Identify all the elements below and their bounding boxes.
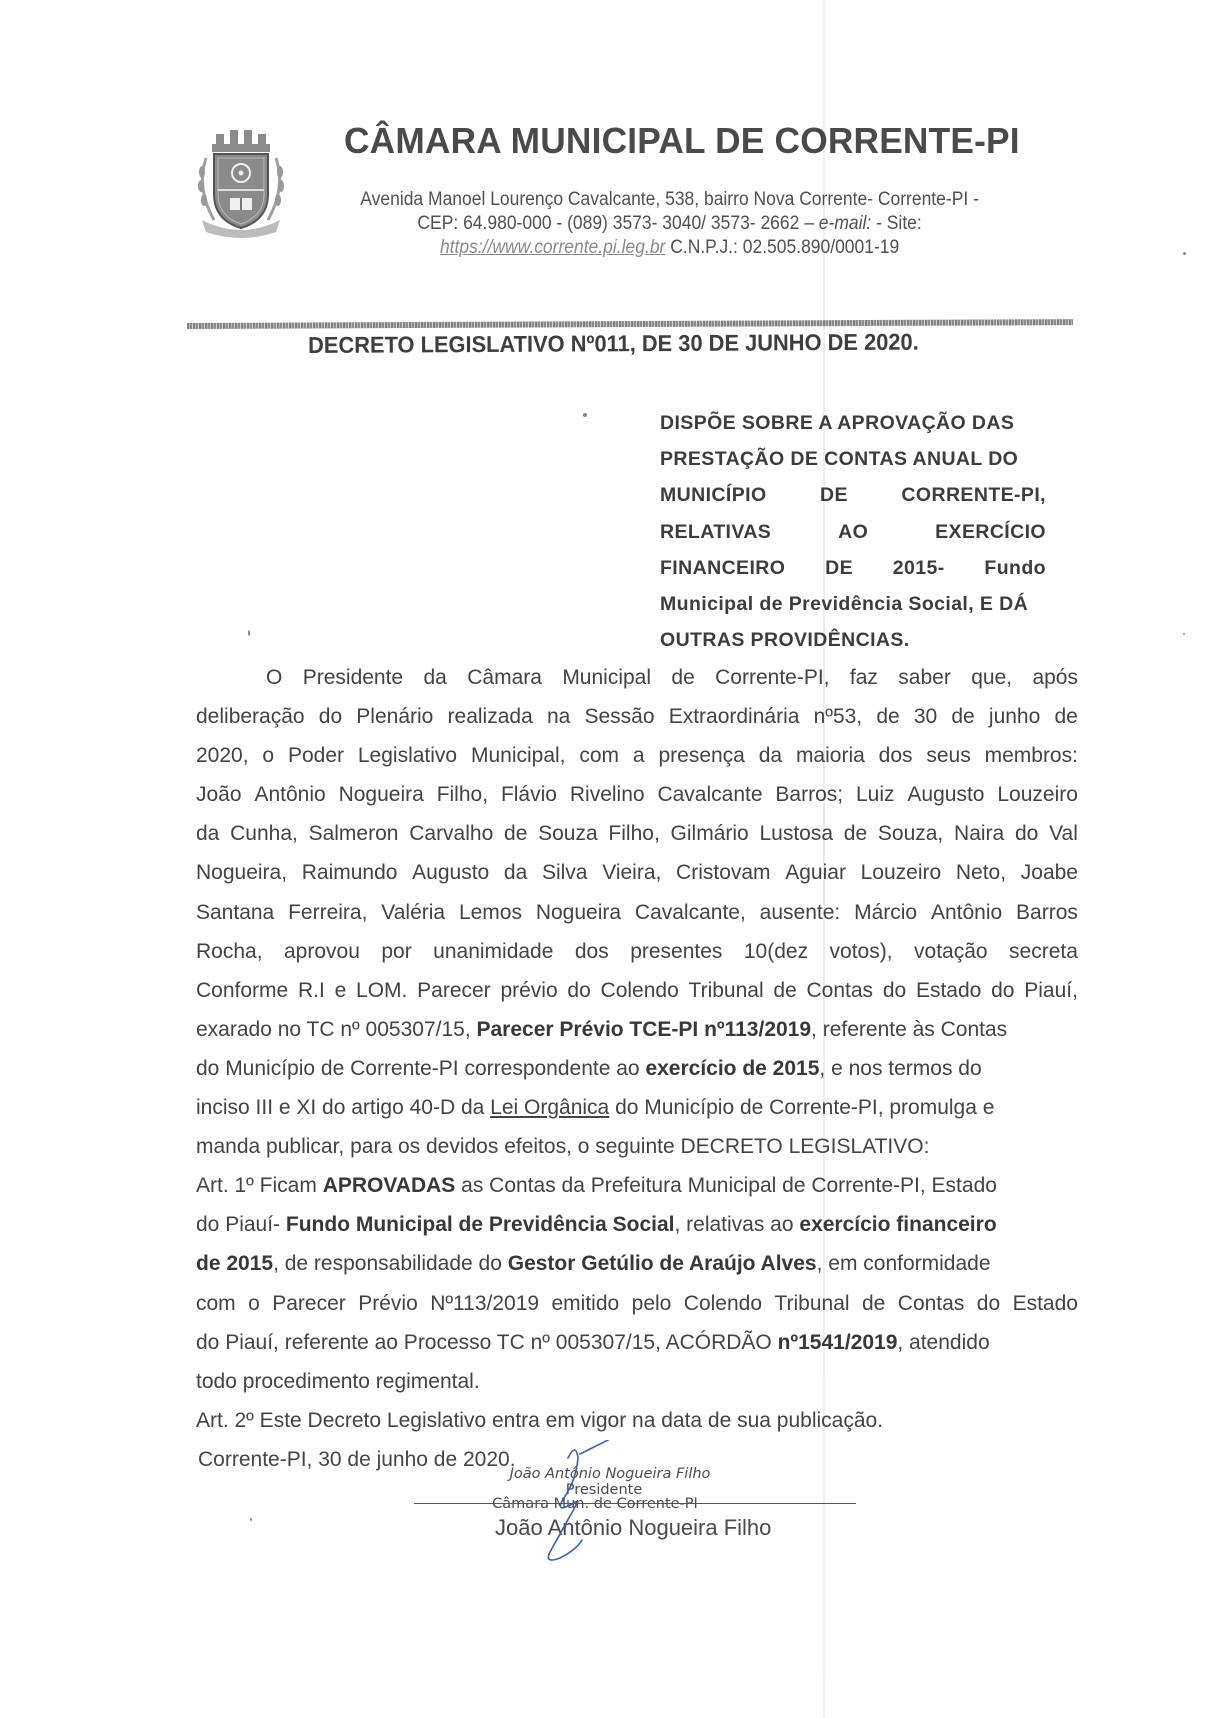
word: secreta <box>1009 932 1078 971</box>
word: Estado <box>1013 1284 1078 1323</box>
word: Nº113/2019 <box>430 1284 539 1323</box>
word: Poder <box>288 736 344 775</box>
ementa-text: OUTRAS PROVIDÊNCIAS. <box>660 622 910 658</box>
word: votos), <box>830 932 893 971</box>
word: realizada <box>448 697 533 736</box>
address-line: Avenida Manoel Lourenço Cavalcante, 538,… <box>320 188 1019 212</box>
word: votação <box>914 932 988 971</box>
word: unanimidade <box>433 932 553 971</box>
word: emitido <box>552 1284 620 1323</box>
word: Gilmário <box>671 814 749 853</box>
word: Carvalho <box>409 814 493 853</box>
word: Filho, <box>608 814 659 853</box>
word: Barros <box>1016 893 1078 932</box>
word: Cunha, <box>230 814 298 853</box>
ementa-text: DE <box>820 477 848 513</box>
body-text: do Município de Corrente-PI corresponden… <box>196 1049 645 1088</box>
body-line: deliberaçãodoPlenáriorealizadanaSessãoEx… <box>196 697 1078 736</box>
word: Souza, <box>878 814 943 853</box>
header-divider <box>187 319 1073 329</box>
ementa-text: DISPÕE SOBRE A APROVAÇÃO DAS <box>660 405 1014 441</box>
word: Cristovam <box>676 853 771 892</box>
word: Tribunal <box>689 971 764 1010</box>
word: Contas <box>898 1284 965 1323</box>
word: de <box>951 697 974 736</box>
body-line: daCunha,SalmeronCarvalhodeSouzaFilho,Gil… <box>196 814 1078 853</box>
word: Augusto <box>412 853 489 892</box>
body-text: do Piauí, referente ao Processo TC nº 00… <box>196 1323 778 1362</box>
word: Municipal <box>562 658 651 697</box>
scan-speck <box>1183 633 1185 635</box>
lei-organica-reference: Lei Orgânica <box>490 1088 609 1127</box>
word: Souza <box>538 814 598 853</box>
word: Câmara <box>467 658 542 697</box>
ementa-line: DISPÕE SOBRE A APROVAÇÃO DAS <box>660 405 1046 441</box>
word: de <box>862 1284 885 1323</box>
email-label: e-mail: <box>819 213 871 234</box>
body-line: exarado no TC nº 005307/15, Parecer Prév… <box>196 1010 1078 1049</box>
word: Luiz <box>856 775 895 814</box>
body-line: Nogueira,RaimundoAugustodaSilvaVieira,Cr… <box>196 853 1078 892</box>
word: Lemos <box>459 893 522 932</box>
body-line: do Município de Corrente-PI corresponden… <box>196 1049 1078 1088</box>
word: da <box>759 736 782 775</box>
word: Augusto <box>907 775 984 814</box>
word: Parecer <box>417 971 491 1010</box>
word: Nogueira <box>536 893 621 932</box>
word: do <box>883 971 906 1010</box>
word: do <box>1015 814 1038 853</box>
word: Vieira, <box>602 853 661 892</box>
article-1-line: de 2015, de responsabilidade do Gestor G… <box>196 1244 1078 1283</box>
word: de <box>773 971 796 1010</box>
ementa-text: Municipal de Previdência Social, E DÁ <box>660 586 1028 622</box>
word: Raimundo <box>302 853 398 892</box>
word: Plenário <box>356 697 433 736</box>
word: dos <box>879 736 913 775</box>
ementa-line: OUTRAS PROVIDÊNCIAS. <box>660 622 1046 658</box>
word: Ferreira, <box>288 893 367 932</box>
word: Tribunal <box>774 1284 849 1323</box>
ementa-text: AO <box>838 514 868 550</box>
word: Flávio <box>501 775 557 814</box>
word: Piauí, <box>1024 971 1078 1010</box>
word: Joabe <box>1021 853 1078 892</box>
word: da <box>424 658 447 697</box>
site-label: - Site: <box>871 213 922 234</box>
body-line: inciso III e XI do artigo 40-D da Lei Or… <box>196 1088 1078 1127</box>
body-text: do Piauí- <box>196 1205 286 1244</box>
word: Cavalcante <box>657 775 762 814</box>
decree-body: OPresidentedaCâmaraMunicipaldeCorrente-P… <box>196 658 1078 1440</box>
scan-speck <box>583 413 587 417</box>
word: 2020, <box>196 736 249 775</box>
word: seus <box>926 736 970 775</box>
word: aprovou <box>284 932 360 971</box>
body-text: , atendido <box>897 1323 989 1362</box>
word: presença <box>658 736 744 775</box>
ementa-text: Fundo <box>984 550 1046 586</box>
body-text: , relativas ao <box>674 1205 799 1244</box>
word: Presidente <box>303 658 403 697</box>
word: Valéria <box>381 893 445 932</box>
word: Prévio <box>358 1284 418 1323</box>
place-and-date: Corrente-PI, 30 de junho de 2020. <box>198 1448 516 1472</box>
parecer-reference: Parecer Prévio TCE-PI nº113/2019 <box>477 1010 812 1049</box>
body-line: ConformeR.IeLOM.ParecerpréviodoColendoTr… <box>196 971 1078 1010</box>
word: saber <box>898 658 951 697</box>
word: Antônio <box>931 893 1002 932</box>
word: do <box>977 1284 1000 1323</box>
word: Extraordinária <box>669 697 800 736</box>
ementa-line: RELATIVASAOEXERCÍCIO <box>660 514 1046 550</box>
word: de <box>876 697 899 736</box>
word: Filho, <box>437 775 488 814</box>
ementa-text: PRESTAÇÃO DE CONTAS ANUAL DO <box>660 441 1018 477</box>
word: dos <box>575 932 609 971</box>
word: na <box>547 697 570 736</box>
cnpj-text: C.N.P.J.: 02.505.890/0001-19 <box>665 237 899 258</box>
body-text: Art. 1º Ficam <box>196 1166 323 1205</box>
body-line: SantanaFerreira,ValériaLemosNogueiraCava… <box>196 893 1078 932</box>
word: a <box>633 736 645 775</box>
word: pelo <box>632 1284 672 1323</box>
article-1-line: Art. 1º Ficam APROVADAS as Contas da Pre… <box>196 1166 1078 1205</box>
article-1-line: comoParecerPrévioNº113/2019emitidopeloCo… <box>196 1284 1078 1323</box>
body-line: manda publicar, para os devidos efeitos,… <box>196 1127 1078 1166</box>
body-text: , referente às Contas <box>811 1010 1007 1049</box>
contact-line: CEP: 64.980-000 - (089) 3573- 3040/ 3573… <box>320 212 1019 236</box>
word: da <box>504 853 527 892</box>
word: Louzeiro <box>861 853 942 892</box>
ementa-line: MUNICÍPIODECORRENTE-PI, <box>660 477 1046 513</box>
word: com <box>196 1284 236 1323</box>
word: Barros; <box>775 775 843 814</box>
body-text: inciso III e XI do artigo 40-D da <box>196 1088 490 1127</box>
scan-speck <box>1183 252 1186 255</box>
ementa-text: FINANCEIRO <box>660 550 785 586</box>
word: Salmeron <box>309 814 399 853</box>
word: da <box>196 814 219 853</box>
body-line: OPresidentedaCâmaraMunicipaldeCorrente-P… <box>196 658 1078 697</box>
approved-label: APROVADAS <box>323 1166 456 1205</box>
word: de <box>671 658 694 697</box>
word: Parecer <box>272 1284 346 1323</box>
word: Aguiar <box>785 853 846 892</box>
word: de <box>1054 697 1077 736</box>
word: que, <box>971 658 1012 697</box>
word: Naira <box>954 814 1004 853</box>
word: deliberação <box>196 697 305 736</box>
word: Val <box>1049 814 1078 853</box>
word: Rivelino <box>570 775 645 814</box>
scan-speck <box>248 630 250 636</box>
ementa-text: MUNICÍPIO <box>660 477 767 513</box>
word: Louzeiro <box>997 775 1078 814</box>
ementa-line: PRESTAÇÃO DE CONTAS ANUAL DO <box>660 441 1046 477</box>
word: de <box>844 814 867 853</box>
word: do <box>567 971 590 1010</box>
word: Nogueira, <box>196 853 287 892</box>
word: e <box>335 971 347 1010</box>
word: R.I <box>298 971 325 1010</box>
decree-ementa: DISPÕE SOBRE A APROVAÇÃO DAS PRESTAÇÃO D… <box>660 405 1046 658</box>
exercise-year: exercício de 2015 <box>645 1049 819 1088</box>
word: presentes <box>630 932 722 971</box>
word: após <box>1032 658 1078 697</box>
ementa-text: EXERCÍCIO <box>935 514 1046 550</box>
word: de <box>504 814 527 853</box>
institution-address: Avenida Manoel Lourenço Cavalcante, 538,… <box>320 188 1019 260</box>
decree-title: DECRETO LEGISLATIVO Nº011, DE 30 DE JUNH… <box>308 329 919 359</box>
word: o <box>262 736 274 775</box>
word: Nogueira <box>339 775 424 814</box>
word: o <box>248 1284 260 1323</box>
word: Silva <box>542 853 588 892</box>
ementa-line: Municipal de Previdência Social, E DÁ <box>660 586 1046 622</box>
article-1-line: do Piauí, referente ao Processo TC nº 00… <box>196 1323 1078 1362</box>
body-text: , de responsabilidade do <box>273 1244 508 1283</box>
institution-name: CÂMARA MUNICIPAL DE CORRENTE-PI <box>344 120 1020 162</box>
word: Rocha, <box>196 932 263 971</box>
word: Cavalcante, <box>635 893 746 932</box>
article-1-line: todo procedimento regimental. <box>196 1362 1078 1401</box>
word: do <box>319 697 342 736</box>
ementa-text: CORRENTE-PI, <box>901 477 1046 513</box>
word: Contas <box>807 971 874 1010</box>
body-line: JoãoAntônioNogueiraFilho,FlávioRivelinoC… <box>196 775 1078 814</box>
municipal-crest-icon <box>188 128 294 240</box>
body-line: 2020,oPoderLegislativoMunicipal,comapres… <box>196 736 1078 775</box>
word: do <box>991 971 1014 1010</box>
word: Márcio <box>854 893 917 932</box>
ementa-line: FINANCEIRODE2015-Fundo <box>660 550 1046 586</box>
body-text: , em conformidade <box>817 1244 991 1283</box>
word: Colendo <box>601 971 679 1010</box>
word: 10(dez <box>744 932 808 971</box>
body-line: Rocha,aprovouporunanimidadedospresentes1… <box>196 932 1078 971</box>
body-text: , e nos termos do <box>819 1049 981 1088</box>
ementa-text: 2015- <box>893 550 945 586</box>
body-text: do Município de Corrente-PI, promulga e <box>609 1088 994 1127</box>
body-text: exarado no TC nº 005307/15, <box>196 1010 477 1049</box>
handwritten-signature-icon <box>520 1440 640 1580</box>
word: Conforme <box>196 971 288 1010</box>
word: Lustosa <box>759 814 833 853</box>
word: com <box>579 736 619 775</box>
word: faz <box>850 658 878 697</box>
word: Corrente-PI, <box>715 658 829 697</box>
word: ausente: <box>760 893 841 932</box>
website-link[interactable]: https://www.corrente.pi.leg.br <box>440 237 665 258</box>
word: LOM. <box>356 971 407 1010</box>
word: 30 <box>914 697 937 736</box>
word: Estado <box>916 971 981 1010</box>
ementa-text: RELATIVAS <box>660 514 771 550</box>
article-1-line: do Piauí- Fundo Municipal de Previdência… <box>196 1205 1078 1244</box>
word: Neto, <box>956 853 1006 892</box>
word: Municipal, <box>471 736 566 775</box>
word: membros: <box>985 736 1078 775</box>
word: nº53, <box>814 697 863 736</box>
word: maioria <box>796 736 865 775</box>
word: Santana <box>196 893 274 932</box>
word: Sessão <box>584 697 654 736</box>
word: Legislativo <box>358 736 457 775</box>
body-text: as Contas da Prefeitura Municipal de Cor… <box>455 1166 997 1205</box>
word: Colendo <box>684 1284 762 1323</box>
word: prévio <box>500 971 557 1010</box>
word: junho <box>989 697 1040 736</box>
fund-name: Fundo Municipal de Previdência Social <box>286 1205 675 1244</box>
ementa-text: DE <box>825 550 853 586</box>
website-cnpj-line: https://www.corrente.pi.leg.br C.N.P.J.:… <box>320 236 1019 260</box>
cep-phone-text: CEP: 64.980-000 - (089) 3573- 3040/ 3573… <box>417 213 818 234</box>
exercise-year: de 2015 <box>196 1244 273 1283</box>
word: Antônio <box>254 775 325 814</box>
article-2-line: Art. 2º Este Decreto Legislativo entra e… <box>196 1401 1078 1440</box>
acordao-number: nº1541/2019 <box>778 1323 898 1362</box>
word: João <box>196 775 242 814</box>
manager-name: Gestor Getúlio de Araújo Alves <box>508 1244 817 1283</box>
word: O <box>266 658 282 697</box>
word: por <box>381 932 411 971</box>
financial-exercise: exercício financeiro <box>799 1205 996 1244</box>
scan-speck <box>250 1518 252 1521</box>
